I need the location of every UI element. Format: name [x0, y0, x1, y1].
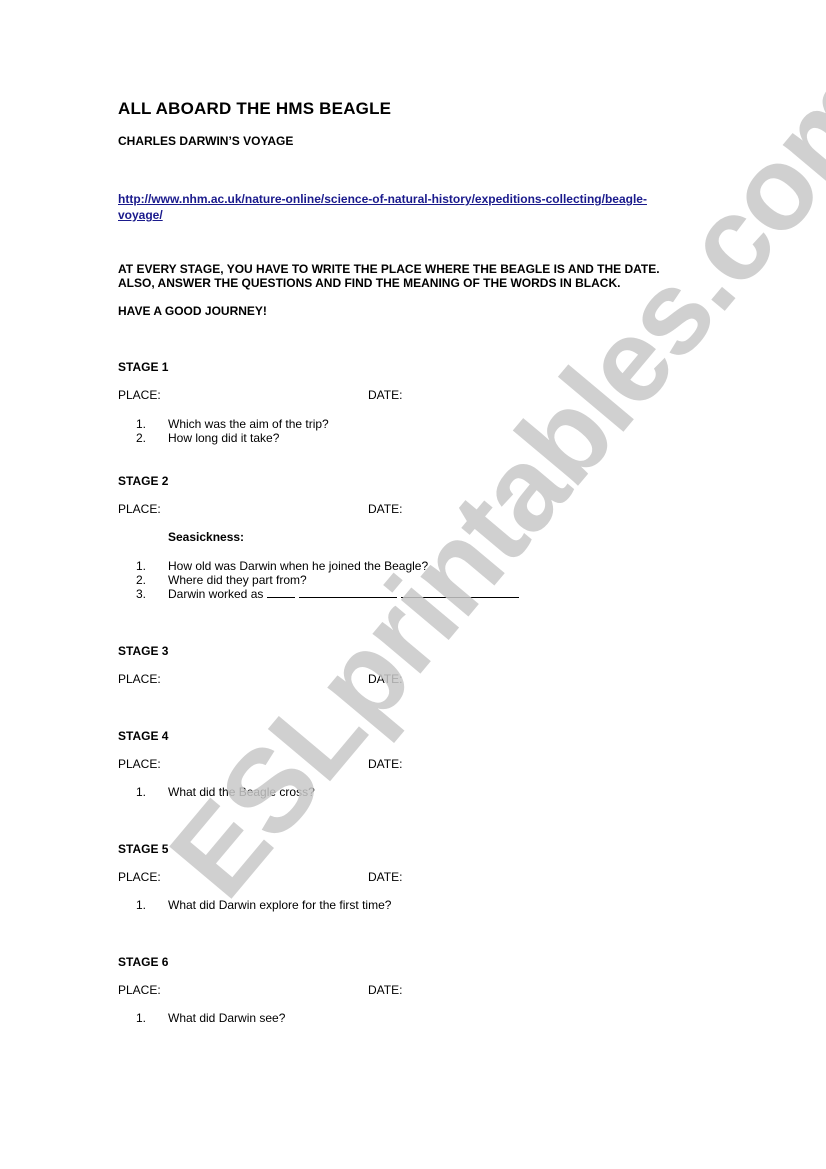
- question-text: Where did they part from?: [168, 573, 307, 587]
- place-label: PLACE:: [118, 502, 161, 516]
- answer-blank[interactable]: [401, 587, 519, 598]
- question-item: 1.What did Darwin explore for the first …: [118, 898, 391, 912]
- question-text: How long did it take?: [168, 431, 279, 445]
- worksheet-page: ALL ABOARD THE HMS BEAGLE CHARLES DARWIN…: [0, 0, 826, 1169]
- question-text: Which was the aim of the trip?: [168, 417, 329, 431]
- question-number: 1.: [118, 559, 168, 573]
- answer-blank[interactable]: [299, 587, 397, 598]
- stage-heading: STAGE 2: [118, 474, 168, 488]
- instructions-line-1: AT EVERY STAGE, YOU HAVE TO WRITE THE PL…: [118, 262, 660, 276]
- question-number: 2.: [118, 431, 168, 445]
- stage-heading: STAGE 1: [118, 360, 168, 374]
- question-item: 1.What did the Beagle cross?: [118, 785, 315, 799]
- question-text: What did Darwin explore for the first ti…: [168, 898, 391, 912]
- answer-blank[interactable]: [267, 587, 295, 598]
- place-label: PLACE:: [118, 672, 161, 686]
- question-number: 1.: [118, 898, 168, 912]
- date-label: DATE:: [368, 502, 402, 516]
- question-item: 2.How long did it take?: [118, 431, 279, 445]
- instructions: AT EVERY STAGE, YOU HAVE TO WRITE THE PL…: [118, 262, 660, 290]
- stage-heading: STAGE 4: [118, 729, 168, 743]
- question-text: Darwin worked as: [168, 587, 263, 601]
- date-label: DATE:: [368, 388, 402, 402]
- stage-heading: STAGE 5: [118, 842, 168, 856]
- stage-heading: STAGE 6: [118, 955, 168, 969]
- stage-heading: STAGE 3: [118, 644, 168, 658]
- vocab-word: Seasickness:: [168, 530, 244, 544]
- date-label: DATE:: [368, 672, 402, 686]
- date-label: DATE:: [368, 757, 402, 771]
- page-subtitle: CHARLES DARWIN’S VOYAGE: [118, 134, 293, 148]
- question-number: 2.: [118, 573, 168, 587]
- question-text: How old was Darwin when he joined the Be…: [168, 559, 428, 573]
- question-number: 1.: [118, 1011, 168, 1025]
- question-item: 1.How old was Darwin when he joined the …: [118, 559, 428, 573]
- date-label: DATE:: [368, 870, 402, 884]
- question-item: 1.Which was the aim of the trip?: [118, 417, 329, 431]
- place-label: PLACE:: [118, 870, 161, 884]
- question-number: 1.: [118, 785, 168, 799]
- question-item: 1.What did Darwin see?: [118, 1011, 285, 1025]
- reference-link[interactable]: http://www.nhm.ac.uk/nature-online/scien…: [118, 191, 678, 223]
- instructions-line-2: ALSO, ANSWER THE QUESTIONS AND FIND THE …: [118, 276, 660, 290]
- page-title: ALL ABOARD THE HMS BEAGLE: [118, 99, 391, 119]
- question-item: 2.Where did they part from?: [118, 573, 307, 587]
- question-text: What did the Beagle cross?: [168, 785, 315, 799]
- question-text: What did Darwin see?: [168, 1011, 285, 1025]
- greeting: HAVE A GOOD JOURNEY!: [118, 304, 267, 318]
- place-label: PLACE:: [118, 983, 161, 997]
- place-label: PLACE:: [118, 757, 161, 771]
- question-number: 1.: [118, 417, 168, 431]
- place-label: PLACE:: [118, 388, 161, 402]
- date-label: DATE:: [368, 983, 402, 997]
- question-item: 3.Darwin worked as: [118, 587, 519, 601]
- question-number: 3.: [118, 587, 168, 601]
